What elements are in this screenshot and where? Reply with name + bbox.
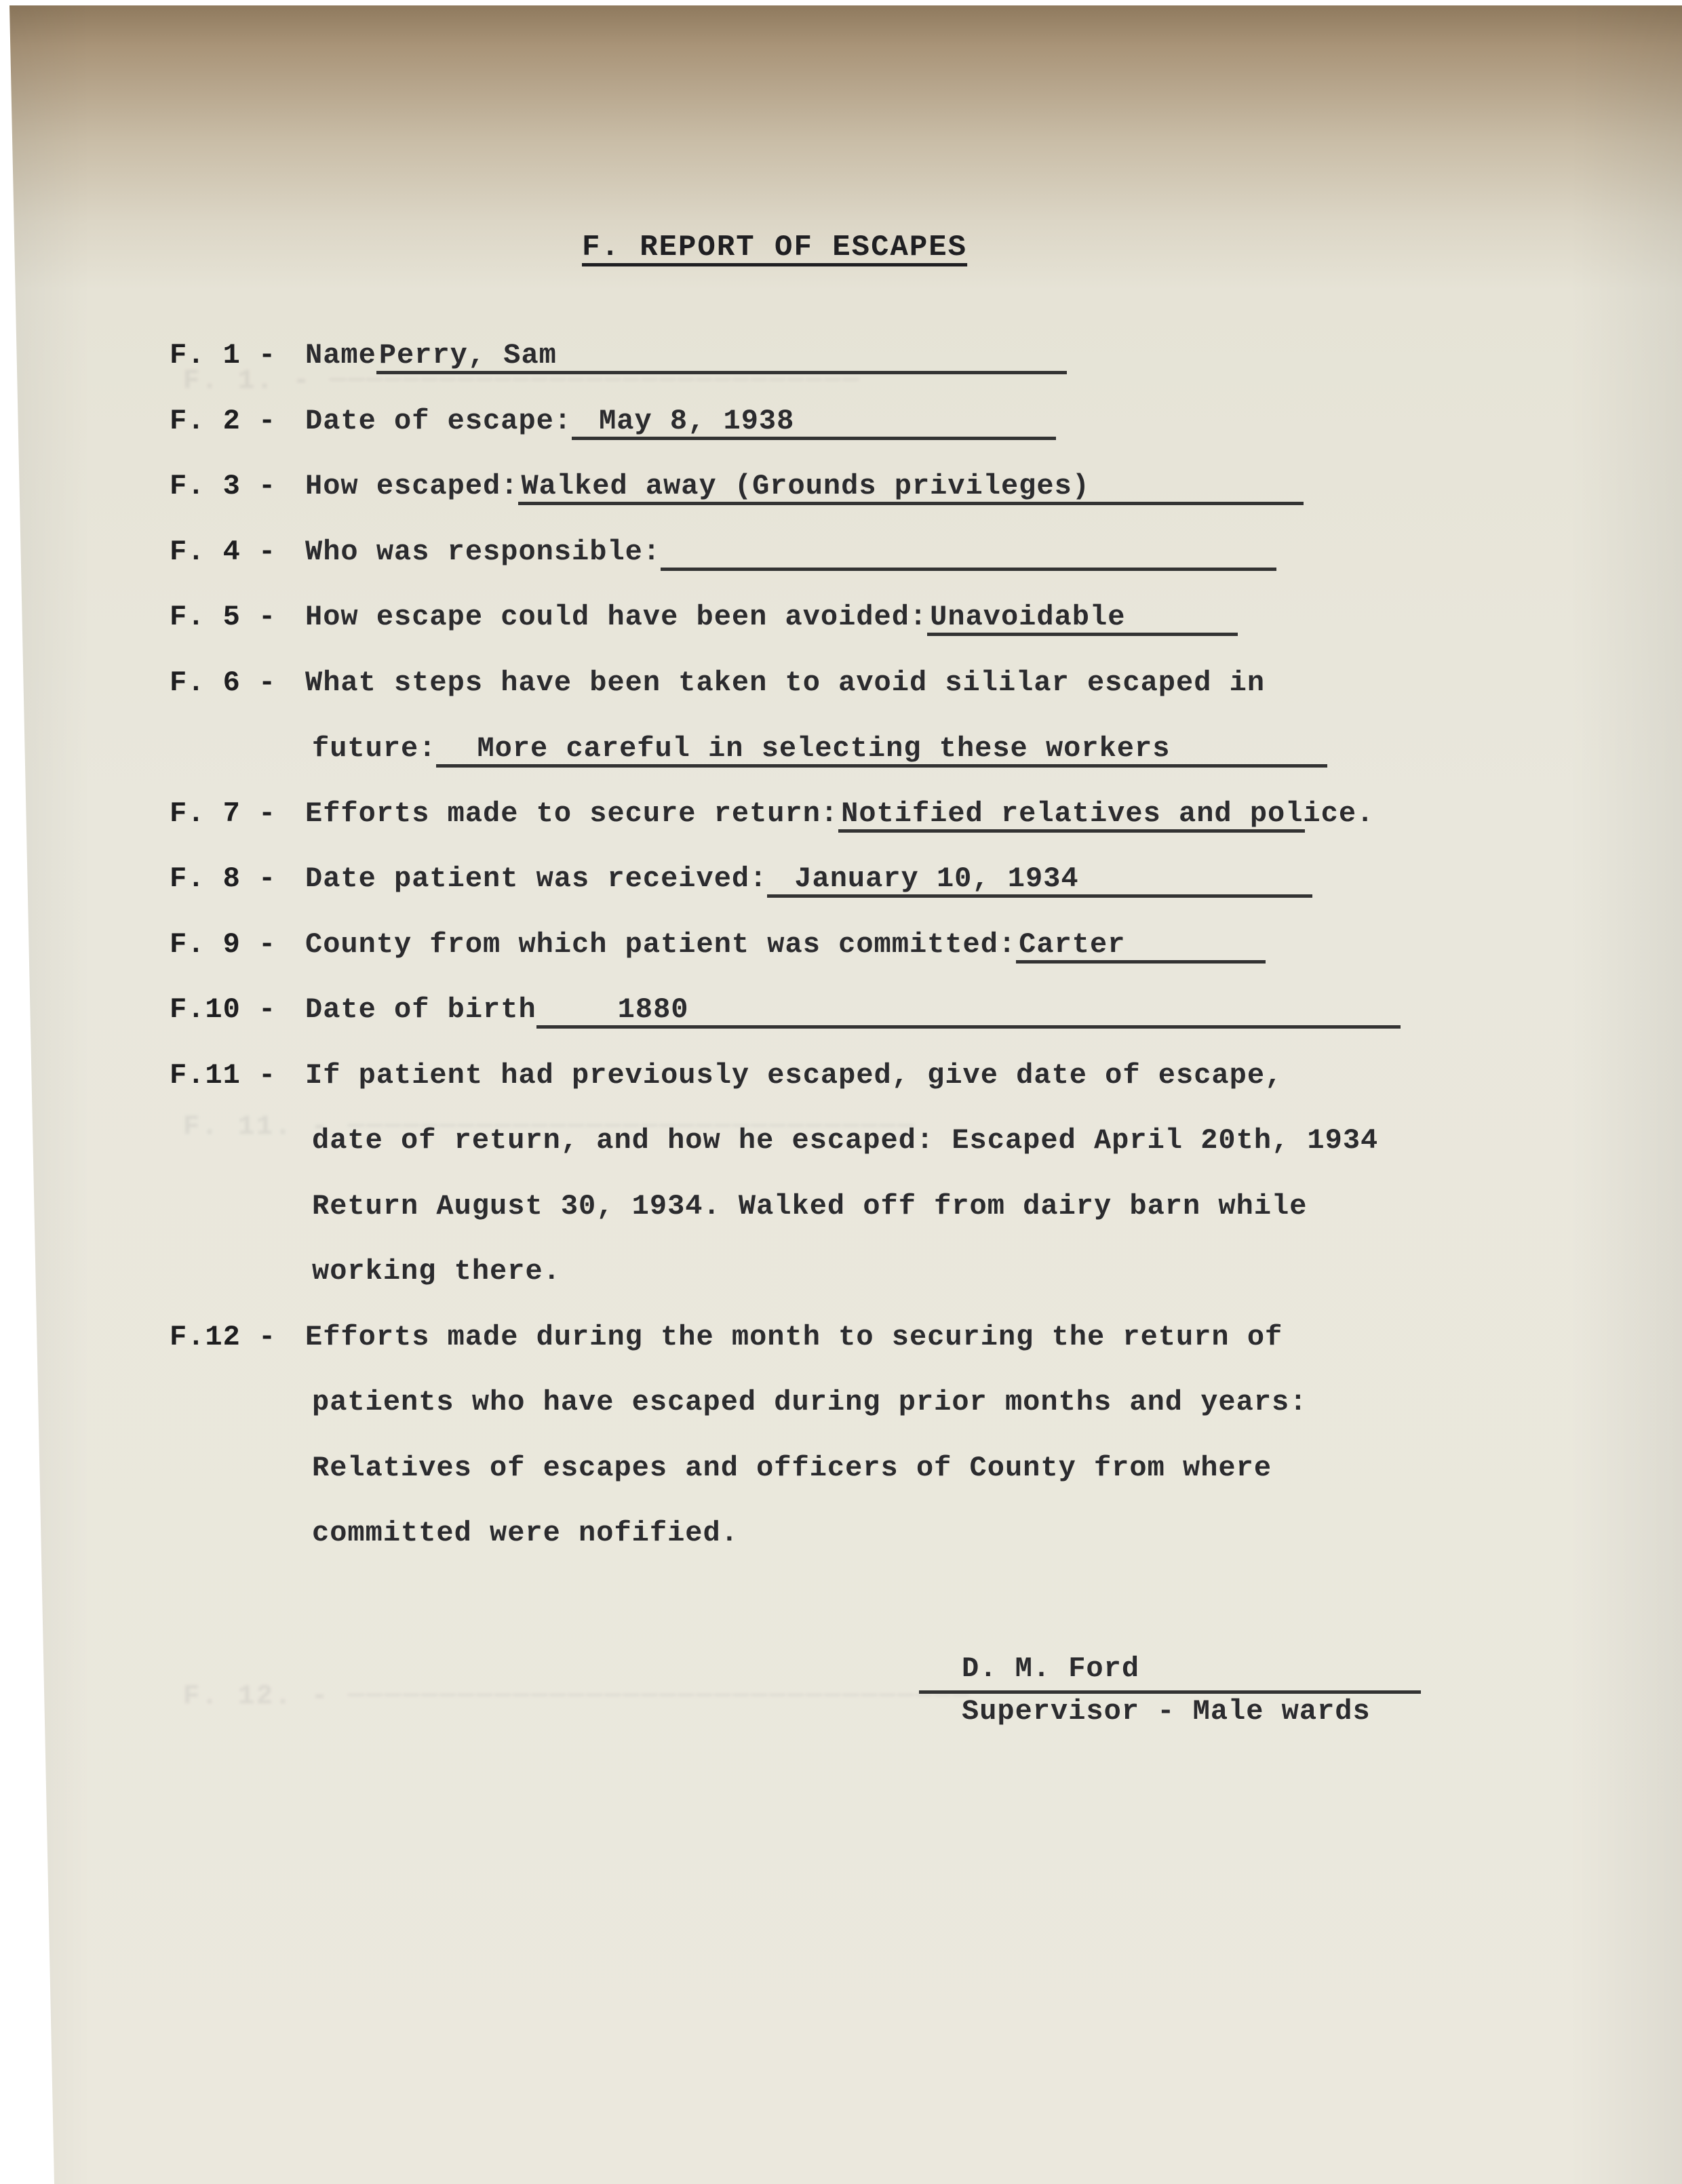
item-number: F. 1 - [170, 339, 305, 372]
item-value: Carter [1016, 929, 1266, 964]
form-item-date-of-birth: F.10 -Date of birth1880 [170, 993, 1401, 1029]
item-number: F. 9 - [170, 928, 305, 961]
form-item-efforts-return: F. 7 -Efforts made to secure return:Noti… [170, 797, 1305, 833]
item-value: Notified relatives and police. [838, 798, 1305, 833]
item-number: F. 7 - [170, 797, 305, 830]
item-label: How escape could have been avoided: [305, 601, 927, 633]
item-label: Name [305, 339, 376, 372]
signature-title: Supervisor - Male wards [962, 1695, 1371, 1728]
item-value [661, 536, 1276, 571]
item-number: F.12 - [170, 1321, 305, 1353]
item-text-line: patients who have escaped during prior m… [312, 1386, 1307, 1418]
form-item-steps-taken: F. 6 -What steps have been taken to avoi… [170, 667, 1265, 699]
item-text-line: Relatives of escapes and officers of Cou… [312, 1452, 1272, 1484]
form-item-how-avoided: F. 5 -How escape could have been avoided… [170, 601, 1238, 636]
item-number: F. 3 - [170, 470, 305, 502]
item-number: F. 8 - [170, 862, 305, 895]
form-item-date-received: F. 8 -Date patient was received:January … [170, 862, 1312, 898]
form-item-how-escaped: F. 3 -How escaped:Walked away (Grounds p… [170, 470, 1304, 505]
document: F. REPORT OF ESCAPES F. 1 -NamePerry, Sa… [0, 0, 1682, 2184]
item-label: Efforts made to secure return: [305, 797, 838, 830]
item-label: What steps have been taken to avoid sili… [305, 667, 1265, 699]
item-value: Unavoidable [927, 601, 1238, 636]
form-item-steps-taken-cont: future:More careful in selecting these w… [312, 732, 1327, 768]
item-text-line: date of return, and how he escaped: Esca… [312, 1124, 1378, 1157]
item-value: Perry, Sam [376, 340, 1067, 374]
page-title: F. REPORT OF ESCAPES [582, 231, 967, 264]
item-text-line: Return August 30, 1934. Walked off from … [312, 1190, 1307, 1223]
item-value: More careful in selecting these workers [436, 733, 1327, 768]
signature-line [919, 1690, 1421, 1694]
item-label: Date of birth [305, 993, 536, 1026]
item-label: Date of escape: [305, 405, 572, 437]
item-value: January 10, 1934 [767, 863, 1312, 898]
form-item-date-of-escape: F. 2 -Date of escape:May 8, 1938 [170, 405, 1056, 440]
item-number: F. 2 - [170, 405, 305, 437]
item-text-line: committed were nofified. [312, 1517, 739, 1549]
item-number: F.10 - [170, 993, 305, 1026]
item-text-line: Efforts made during the month to securin… [305, 1321, 1283, 1353]
item-value: May 8, 1938 [572, 405, 1056, 440]
item-value: Walked away (Grounds privileges) [518, 471, 1304, 505]
item-number: F.11 - [170, 1059, 305, 1092]
item-label: County from which patient was committed: [305, 928, 1016, 961]
item-value: 1880 [536, 994, 1401, 1029]
item-label: Who was responsible: [305, 536, 661, 568]
form-item-previous-escape: F.11 -If patient had previously escaped,… [170, 1059, 1283, 1092]
item-label: Date patient was received: [305, 862, 767, 895]
form-item-who-responsible: F. 4 -Who was responsible: [170, 536, 1276, 571]
form-item-name: F. 1 -NamePerry, Sam [170, 339, 1067, 374]
form-item-efforts-month: F.12 -Efforts made during the month to s… [170, 1321, 1283, 1353]
item-number: F. 6 - [170, 667, 305, 699]
item-number: F. 5 - [170, 601, 305, 633]
form-item-county: F. 9 -County from which patient was comm… [170, 928, 1266, 964]
signature-name: D. M. Ford [962, 1652, 1139, 1685]
item-text-line: working there. [312, 1255, 561, 1288]
item-text-line: If patient had previously escaped, give … [305, 1059, 1283, 1092]
item-label: future: [312, 732, 436, 765]
item-number: F. 4 - [170, 536, 305, 568]
item-label: How escaped: [305, 470, 518, 502]
